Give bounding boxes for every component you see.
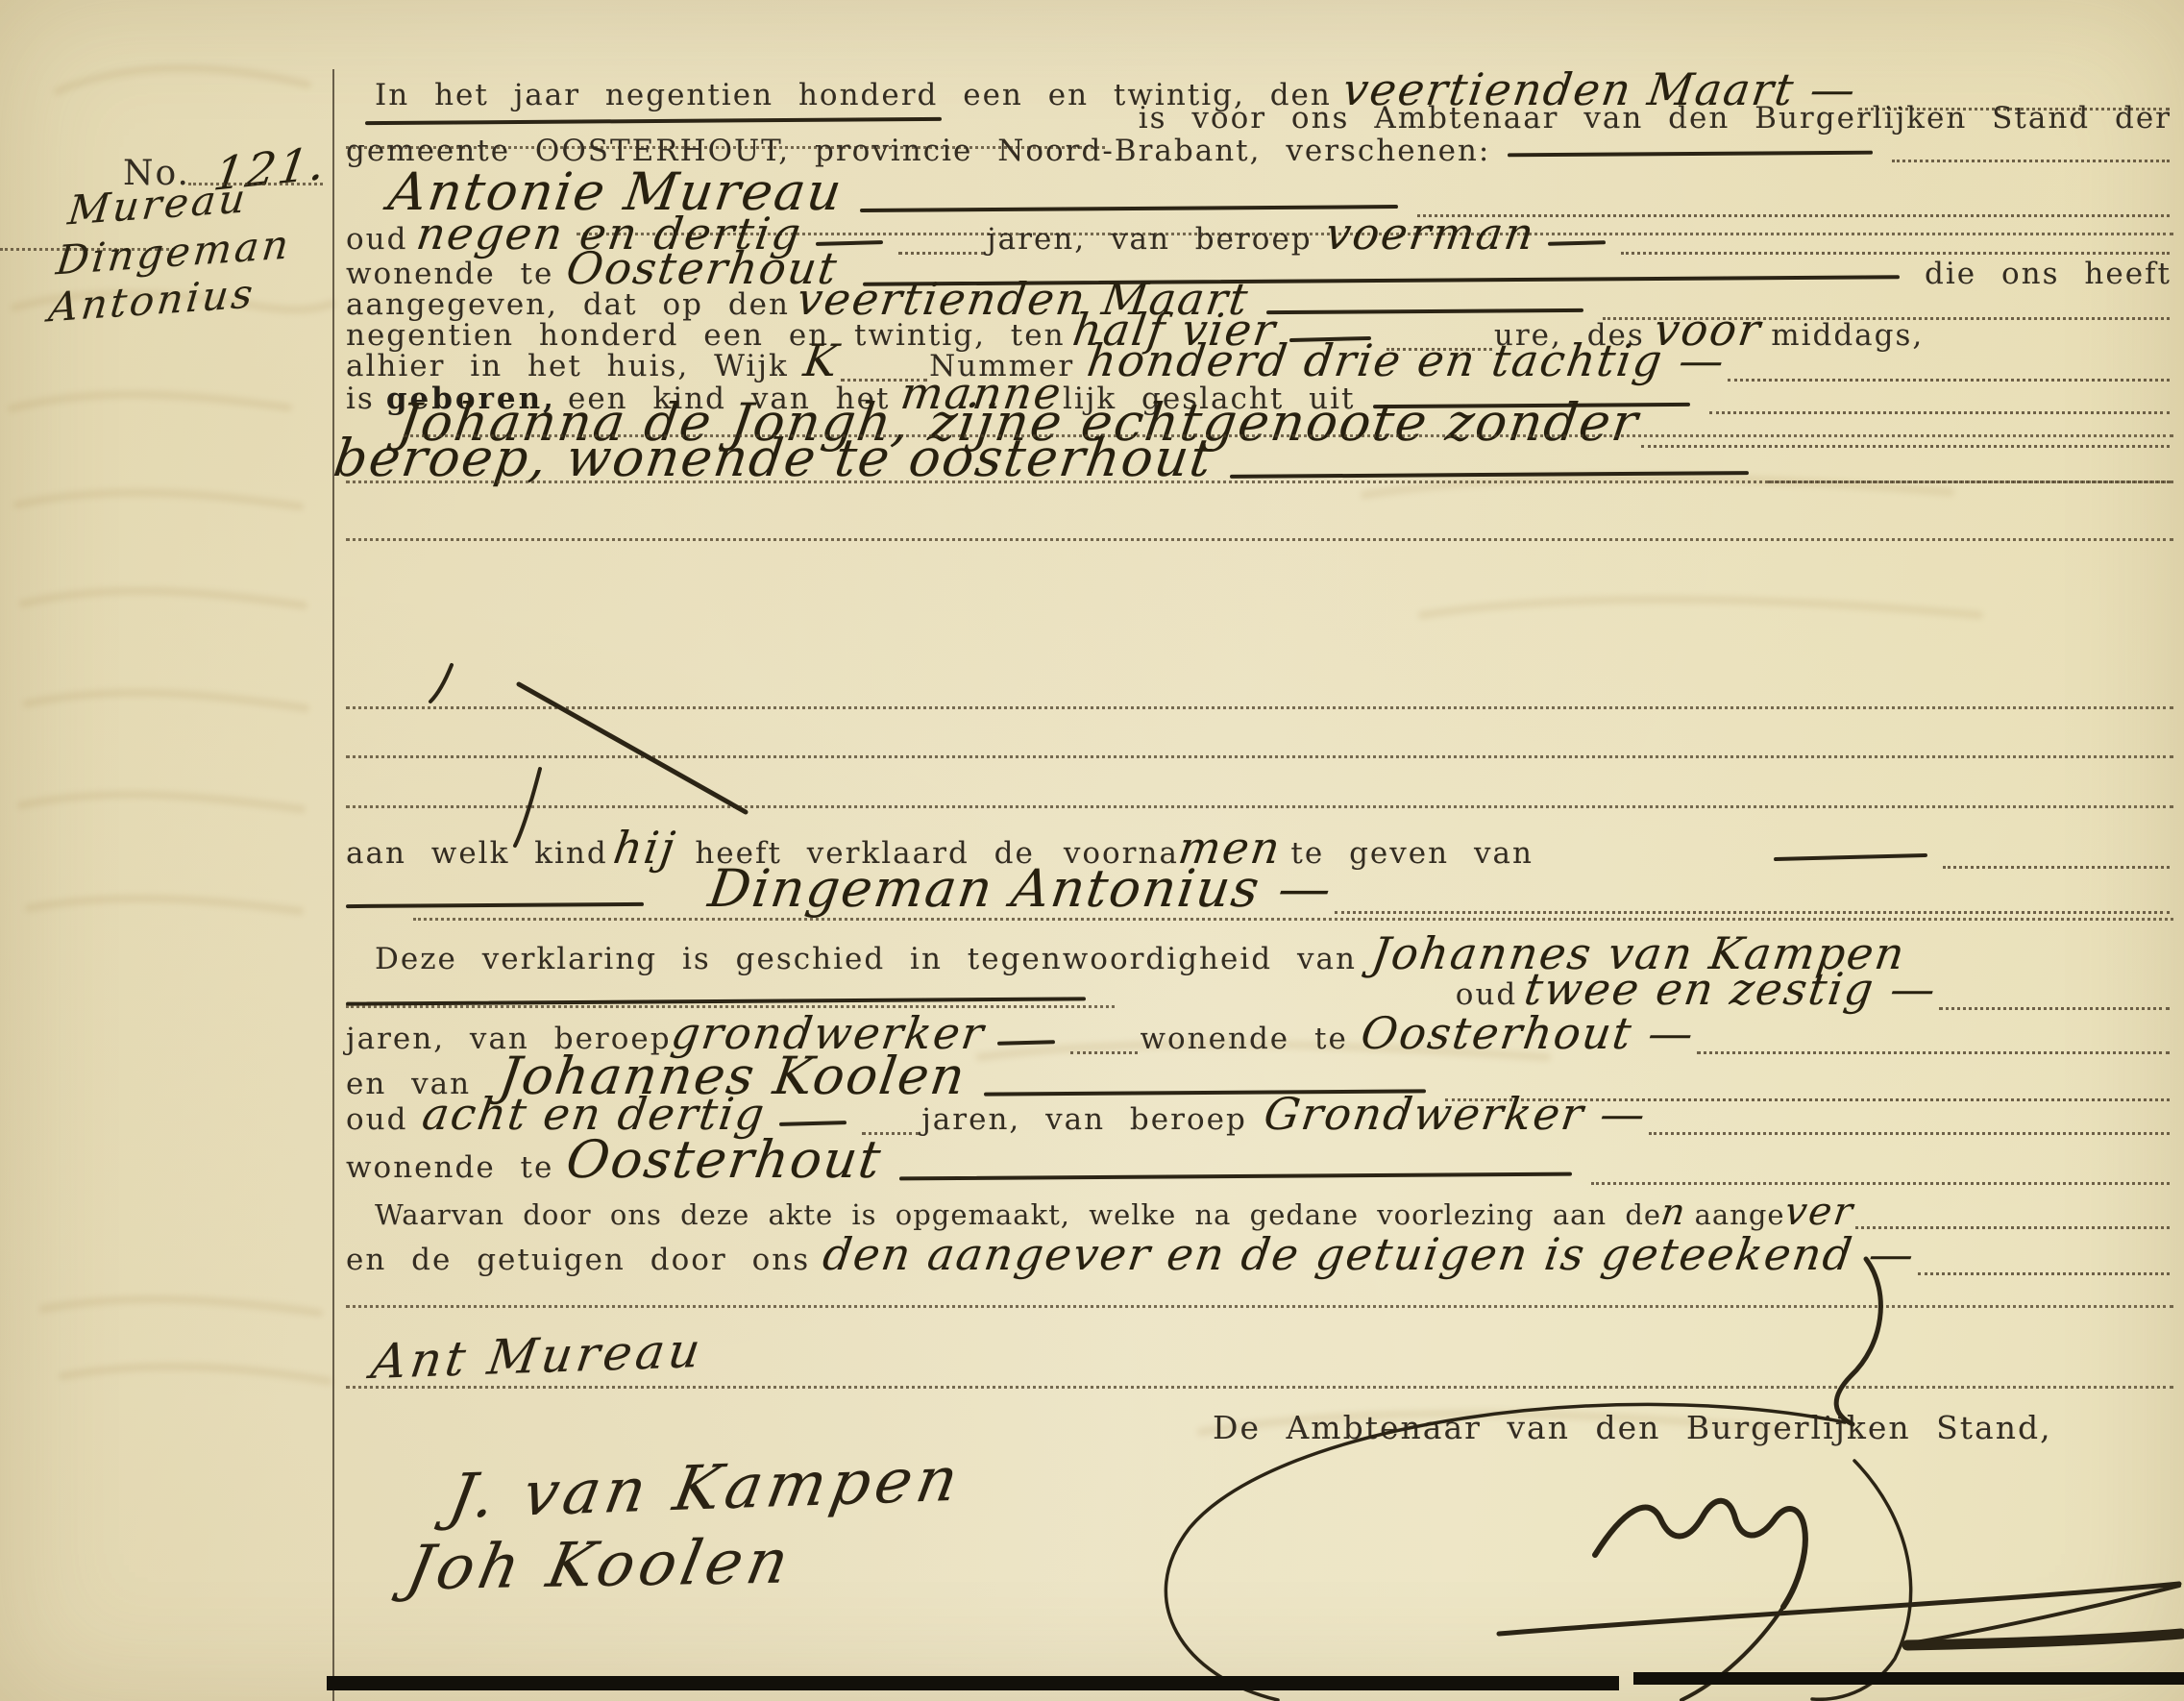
officiant-title: De Ambtenaar van den Burgerlijken Stand,: [1213, 1411, 2052, 1445]
witness2-signature: Joh Koolen: [401, 1527, 798, 1605]
birth-certificate-scan: No. 121. Mureau Dingeman Antonius In het…: [0, 0, 2184, 1701]
printed-text: wonende te: [346, 1151, 553, 1184]
dotted-leader: [1335, 911, 2170, 914]
hand-witness2-residence: Oosterhout: [563, 1129, 887, 1190]
printed-text: en de getuigen door ons: [346, 1244, 810, 1276]
witness1-signature: J. van Kampen: [444, 1444, 969, 1533]
hand-strike-line: [346, 902, 644, 908]
dotted-line: [346, 1386, 2173, 1389]
hand-strike-line: [1230, 471, 1749, 479]
hand-dash: [779, 1121, 847, 1126]
hand-child-given-names: Dingeman Antonius —: [705, 858, 1337, 919]
line-closing-statement-2: en de getuigen door ons den aangever en …: [346, 1228, 2172, 1280]
hand-strike-line: [1508, 151, 1873, 158]
hand-correction: n: [1658, 1191, 1690, 1233]
line-child-given-names: Dingeman Antonius —: [346, 858, 2172, 919]
printed-text: oud: [1456, 978, 1517, 1011]
diagonal-strike-line: [519, 684, 746, 812]
empty-form-line: [346, 755, 2173, 758]
margin-divider-rule: [332, 69, 334, 1701]
hand-strike-line: [899, 1172, 1572, 1181]
printed-text: De Ambtenaar van den Burgerlijken Stand,: [1213, 1409, 2052, 1446]
dotted-leader: [1591, 1182, 2170, 1185]
hand-mother-occupation-residence: beroep, wonende te oosterhout: [331, 428, 1217, 488]
dotted-line: [346, 481, 2173, 483]
hand-signing-clause: den aangever en de getuigen is geteekend…: [820, 1228, 1919, 1280]
dotted-line: [413, 918, 2173, 921]
line-official-intro: is voor ons Ambtenaar van den Burgerlijk…: [346, 102, 2172, 135]
dotted-leader: [1918, 1272, 2170, 1275]
printed-text: is voor ons Ambtenaar van den Burgerlijk…: [1139, 102, 2172, 135]
empty-form-line: [346, 805, 2173, 808]
line-mother-residence: beroep, wonende te oosterhout: [334, 428, 2172, 488]
empty-form-line: [346, 1305, 2173, 1308]
hand-dash: [997, 1040, 1055, 1046]
printed-text: Waarvan door ons deze akte is opgemaakt,…: [375, 1200, 1661, 1231]
line-witness2-residence: wonende te Oosterhout: [346, 1129, 2172, 1190]
page-bottom-rule: [327, 1676, 1619, 1690]
hand-strike-line: [365, 117, 942, 125]
declarant-signature: Ant Mureau: [368, 1322, 707, 1390]
page-bottom-rule: [1633, 1672, 2184, 1685]
empty-form-line: [346, 538, 2173, 541]
empty-form-line: [346, 706, 2173, 709]
printed-text: aange: [1695, 1200, 1785, 1231]
